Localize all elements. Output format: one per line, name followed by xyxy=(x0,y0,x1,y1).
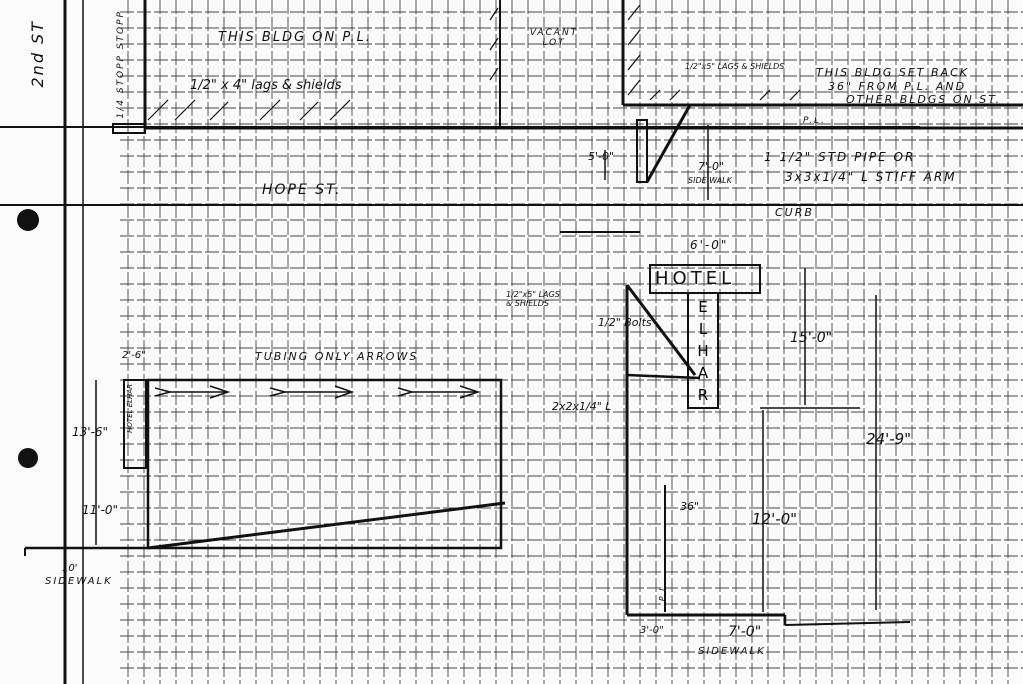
dim-5-0: 5'-0" xyxy=(588,150,614,163)
curb-label: CURB xyxy=(775,206,814,219)
punch-hole-icon xyxy=(18,448,38,468)
dim-15-0: 15'-0" xyxy=(790,330,832,346)
dim-13-6: 13'-6" xyxy=(72,425,108,439)
vertical-tag: 1/4 STOPP STOPP xyxy=(116,10,126,119)
setback-note-2: 36" FROM P.L. AND xyxy=(828,80,966,93)
left-bldg-note: THIS BLDG ON P.L. xyxy=(218,30,372,45)
tubing-note: TUBING ONLY ARROWS xyxy=(255,350,418,363)
sign-letter: R xyxy=(695,384,711,406)
dim-10: 10' xyxy=(62,563,77,574)
dim-36: 36" xyxy=(680,500,699,513)
sidewalk-bottom-label: SIDEWALK xyxy=(698,646,766,657)
dim-11-0: 11'-0" xyxy=(82,503,118,517)
setback-note-3: OTHER BLDGS ON ST. xyxy=(846,93,1001,106)
lags-mid-note: 1/2"x5" LAGS & SHIELDS xyxy=(506,290,566,308)
vertical-sign-letters: ELHAR xyxy=(695,296,711,406)
sidewalk-left-label: SIDEWALK xyxy=(45,576,113,587)
main-street-label: HOPE ST. xyxy=(262,182,342,198)
dim-2-6: 2'-6" xyxy=(122,350,146,361)
sign-letter: E xyxy=(695,296,711,318)
vacant-lot-label: VACANT LOT xyxy=(524,28,584,48)
lags-left-note: 1/2" x 4" lags & shields xyxy=(190,78,342,93)
lags-top-note: 1/2"x5" LAGS & SHIELDS xyxy=(685,62,784,71)
sidewalk-top-label: SIDE WALK xyxy=(688,176,732,185)
cross-street-label: 2nd ST xyxy=(28,20,47,88)
pipe-note-1: 1 1/2" STD PIPE OR xyxy=(764,150,915,164)
setback-note-1: THIS BLDG SET BACK xyxy=(816,66,969,79)
dim-3-0: 3'-0" xyxy=(640,625,664,636)
punch-hole-icon xyxy=(17,209,39,231)
pipe-note-2: 3x3x1/4" L STIFF ARM xyxy=(785,170,957,184)
pl-bottom-label: P.L. xyxy=(658,580,667,601)
dim-24-9: 24'-9" xyxy=(866,430,911,448)
sign-letter: A xyxy=(695,362,711,384)
hotel-sign-text: HOTEL xyxy=(655,268,735,289)
sign-sketch-sheet: 2nd ST 1/4 STOPP STOPP THIS BLDG ON P.L.… xyxy=(0,0,1023,684)
sign-letter: H xyxy=(695,340,711,362)
dim-6-0: 6'-0" xyxy=(690,238,728,252)
bolts-note: 1/2" Bolts xyxy=(598,316,652,329)
left-sign-vertical-text: HOTEL ELHAR xyxy=(126,384,134,433)
angle-note: 2x2x1/4" L xyxy=(552,400,611,413)
dim-7-0-bottom: 7'-0" xyxy=(728,624,761,640)
pl-label: P.L. xyxy=(803,116,826,126)
dim-12-0: 12'-0" xyxy=(752,510,797,528)
dim-7-0-top: 7'-0" xyxy=(698,160,724,173)
sign-letter: L xyxy=(695,318,711,340)
